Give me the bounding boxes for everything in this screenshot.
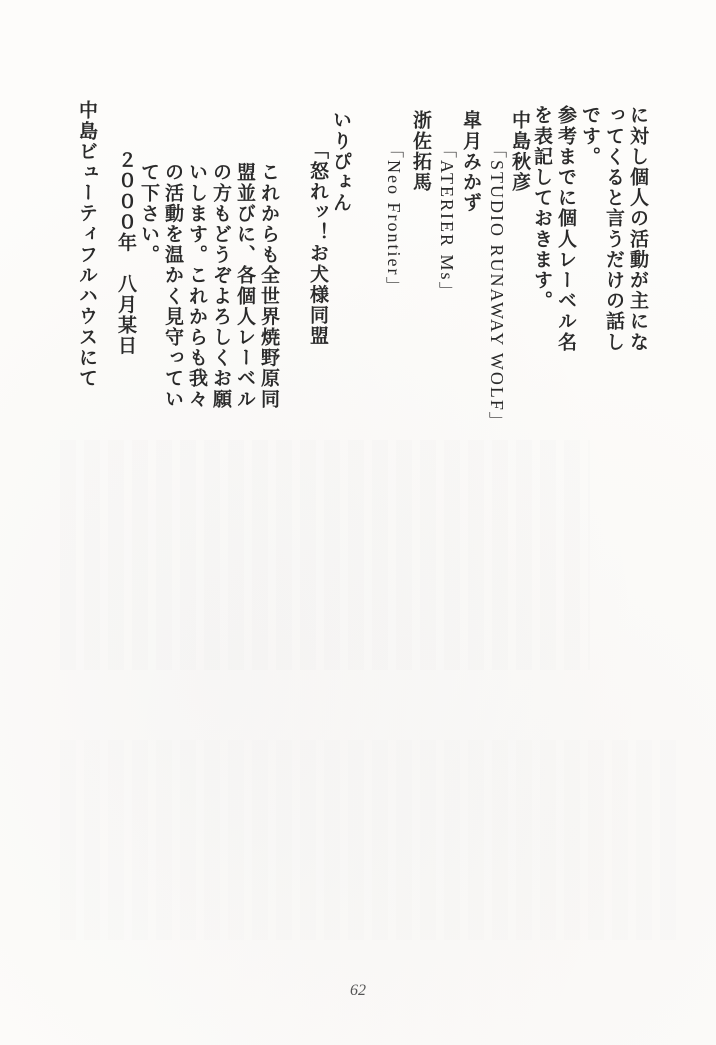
member-name: いりぴょん: [330, 110, 352, 213]
member-label: 「Neo Frontier」: [383, 140, 405, 296]
member-name: 浙佐拓馬: [410, 110, 432, 192]
paragraph-line: の方もどうぞよろしくお願: [210, 162, 232, 409]
member-name: 中島秋彦: [509, 110, 531, 192]
member-label: 「ATERIER Ms」: [436, 140, 458, 302]
paragraph-line: です。: [579, 105, 601, 167]
member-label: 「STUDIO RUNAWAY WOLF」: [486, 140, 508, 432]
paragraph-line: いします。これからも我々: [186, 162, 208, 409]
bleed-through-text: [60, 440, 590, 670]
paragraph-line: を表記しておきます。: [531, 105, 553, 311]
paragraph-line: の活動を温かく見守ってい: [162, 162, 184, 409]
paragraph-line: に対し個人の活動が主にな: [627, 105, 649, 352]
paragraph-line: ってくると言うだけの話し: [603, 105, 625, 352]
paragraph-line: 盟並びに、各個人レーベル: [234, 162, 256, 409]
bleed-through-text: [60, 740, 680, 940]
member-name: 皐月みかず: [460, 110, 482, 213]
paragraph-line: 参考までに個人レーベル名: [555, 105, 577, 352]
paragraph-line: これからも全世界焼野原同: [258, 162, 280, 409]
paragraph-line: て下さい。: [138, 162, 160, 265]
page-number: 62: [0, 982, 716, 1000]
document-page: に対し個人の活動が主にな ってくると言うだけの話し です。 参考までに個人レーベ…: [0, 0, 716, 1045]
member-label: 「怒れッ！お犬様同盟: [307, 140, 329, 346]
date-line: ２０００年 八月某日: [115, 150, 137, 356]
signature-line: 中島ビューティフルハウスにて: [76, 100, 98, 388]
